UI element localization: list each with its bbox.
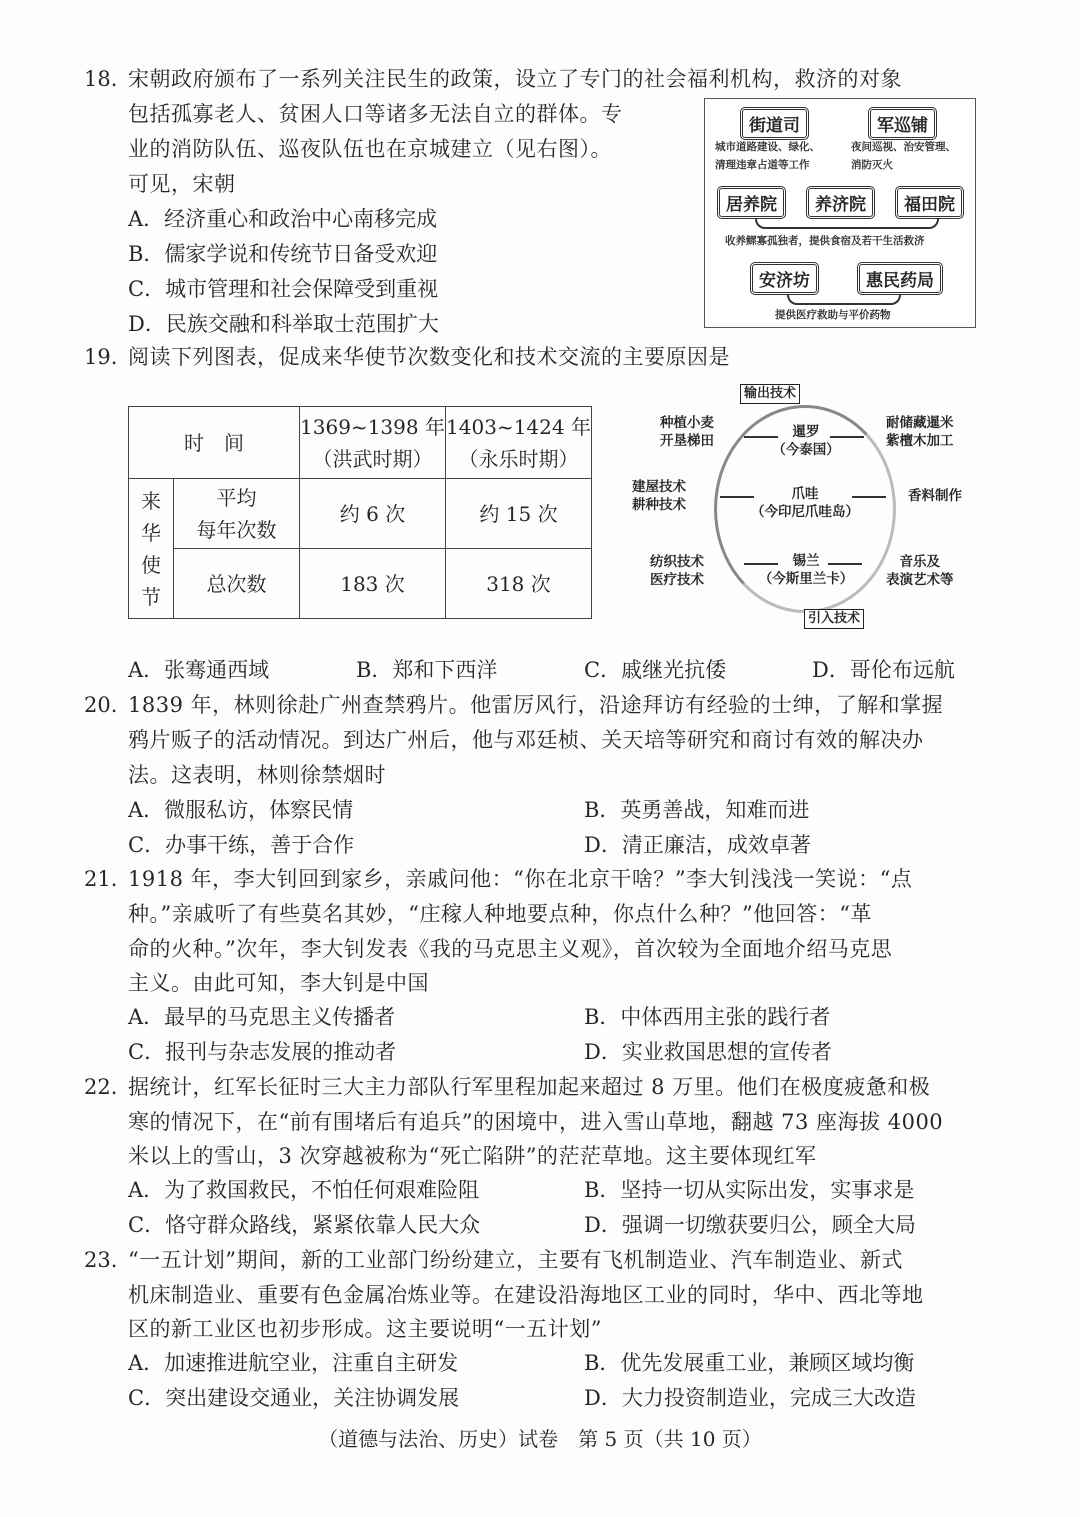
question-number: 21.	[84, 862, 117, 896]
export-label: 纺织技术 医疗技术	[650, 553, 704, 589]
option-d[interactable]: D．大力投资制造业，完成三大改造	[584, 1381, 916, 1415]
option-c[interactable]: C．戚继光抗倭	[584, 653, 726, 687]
song-welfare-institutions-figure: 街道司 军巡铺 城市道路建设、绿化、 清理违章占道等工作 夜间巡视、治安管理、 …	[704, 98, 976, 328]
import-label: 香料制作	[908, 487, 962, 505]
question-number: 20.	[84, 688, 117, 722]
option-c[interactable]: C．报刊与杂志发展的推动者	[128, 1035, 396, 1069]
option-b[interactable]: B．英勇善战，知难而进	[584, 793, 809, 827]
caption: 消防灭火	[851, 157, 893, 173]
char: 使	[129, 549, 173, 581]
option-c[interactable]: C．突出建设交通业，关注协调发展	[128, 1381, 459, 1415]
option-b[interactable]: B．坚持一切从实际出发，实事求是	[584, 1173, 914, 1207]
import-label: 音乐及 表演艺术等	[886, 553, 954, 589]
country-modern: （今斯里兰卡）	[758, 570, 854, 588]
option-c[interactable]: C．恪守群众路线，紧紧依靠人民大众	[128, 1208, 480, 1242]
brace	[787, 295, 901, 305]
option-a[interactable]: A．张骞通西域	[128, 653, 269, 687]
option-d[interactable]: D．哥伦布远航	[812, 653, 955, 687]
row-label-total: 总次数	[174, 549, 300, 619]
country-name: 暹罗	[760, 423, 852, 441]
question-number: 18.	[84, 62, 117, 96]
label-line: 紫檀木加工	[886, 432, 954, 450]
label-line: 开垦梯田	[660, 432, 714, 450]
question-number: 22.	[84, 1070, 117, 1104]
table-header-time: 时 间	[129, 407, 300, 479]
plaque-jiedaosi: 街道司	[740, 107, 809, 140]
question-stem-line: 宋朝政府颁布了一系列关注民生的政策，设立了专门的社会福利机构，救济的对象	[128, 62, 902, 96]
option-b[interactable]: B．儒家学说和传统节日备受欢迎	[128, 237, 437, 271]
label-line: 每年次数	[174, 514, 299, 546]
char: 节	[129, 581, 173, 613]
country-modern: （今印尼爪哇岛）	[745, 503, 865, 521]
question-stem-line: 1839 年，林则徐赴广州查禁鸦片。他雷厉风行，沿途拜访有经验的士绅，了解和掌握	[128, 688, 943, 722]
plaque-futianyuan: 福田院	[895, 186, 964, 219]
brace	[755, 219, 939, 229]
label-line: 纺织技术	[650, 553, 704, 571]
option-a[interactable]: A．经济重心和政治中心南移完成	[128, 202, 437, 236]
label-line: 耐储藏暹米	[886, 414, 954, 432]
question-stem-line: 鸦片贩子的活动情况。到达广州后，他与邓廷桢、关天培等研究和商讨有效的解决办	[128, 723, 924, 757]
question-stem-line: 米以上的雪山，3 次穿越被称为“死亡陷阱”的茫茫草地。这主要体现红军	[128, 1139, 817, 1173]
caption: 提供医疗救助与平价药物	[775, 307, 891, 323]
question-stem-line: 寒的情况下，在“前有围堵后有追兵”的困境中，进入雪山草地，翻越 73 座海拔 4…	[128, 1105, 943, 1139]
connector	[828, 563, 862, 565]
period-years: 1369~1398 年	[300, 411, 445, 443]
question-stem-line: 业的消防队伍、巡夜队伍也在京城建立（见右图）。	[128, 132, 612, 166]
option-b[interactable]: B．优先发展重工业，兼顾区域均衡	[584, 1346, 914, 1380]
page-footer: （道德与法治、历史）试卷 第 5 页（共 10 页）	[0, 1424, 1080, 1454]
row-group-label: 来 华 使 节	[129, 479, 174, 619]
country-ceylon: 锡兰 （今斯里兰卡）	[758, 552, 854, 588]
country-name: 锡兰	[758, 552, 854, 570]
question-number: 23.	[84, 1243, 117, 1277]
question-stem-line: 可见，宋朝	[128, 167, 236, 201]
label-line: 耕种技术	[632, 496, 686, 514]
export-label: 建屋技术 耕种技术	[632, 478, 686, 514]
label-line: 音乐及	[886, 553, 954, 571]
question-stem-line: 命的火种。”次年，李大钊发表《我的马克思主义观》，首次较为全面地介绍马克思	[128, 932, 892, 966]
option-a[interactable]: A．为了救国救民，不怕任何艰难险阻	[128, 1173, 479, 1207]
period-years: 1403~1424 年	[446, 411, 591, 443]
option-d[interactable]: D．强调一切缴获要归公，顾全大局	[584, 1208, 916, 1242]
question-stem-line: 种。”亲戚听了有些莫名其妙，“庄稼人种地要点种，你点什么种？”他回答：“革	[128, 897, 872, 931]
country-name: 爪哇	[745, 485, 865, 503]
question-stem-line: 包括孤寡老人、贫困人口等诸多无法自立的群体。专	[128, 97, 623, 131]
table-cell: 183 次	[300, 549, 446, 619]
question-stem-line: 区的新工业区也初步形成。这主要说明“一五计划”	[128, 1312, 602, 1346]
label-line: 医疗技术	[650, 571, 704, 589]
question-stem-line: 据统计，红军长征时三大主力部队行军里程加起来超过 8 万里。他们在极度疲惫和极	[128, 1070, 930, 1104]
char: 华	[129, 517, 173, 549]
plaque-yangjiyuan: 养济院	[806, 186, 875, 219]
question-stem-line: “一五计划”期间，新的工业部门纷纷建立，主要有飞机制造业、汽车制造业、新式	[128, 1243, 903, 1277]
import-tech-tag: 引入技术	[804, 609, 864, 629]
char: 来	[129, 485, 173, 517]
plaque-anjifang: 安济坊	[750, 262, 819, 295]
option-d[interactable]: D．民族交融和科举取士范围扩大	[128, 307, 439, 341]
export-tech-tag: 输出技术	[740, 384, 800, 404]
caption: 城市道路建设、绿化、	[715, 139, 820, 155]
country-siam: 暹罗 （今泰国）	[760, 423, 852, 459]
option-a[interactable]: A．最早的马克思主义传播者	[128, 1000, 395, 1034]
label-line: 种植小麦	[660, 414, 714, 432]
table-cell: 约 6 次	[300, 479, 446, 549]
table-header-col1: 1369~1398 年 （洪武时期）	[300, 407, 446, 479]
period-name: （洪武时期）	[300, 443, 445, 475]
plaque-junxunpu: 军巡铺	[868, 107, 937, 140]
question-stem-line: 法。这表明，林则徐禁烟时	[128, 758, 386, 792]
question-stem-line: 1918 年，李大钊回到家乡，亲戚问他：“你在北京干啥？”李大钊浅浅一笑说：“点	[128, 862, 912, 896]
envoy-table: 时 间 1369~1398 年 （洪武时期） 1403~1424 年 （永乐时期…	[128, 406, 592, 619]
table-header-col2: 1403~1424 年 （永乐时期）	[446, 407, 592, 479]
plaque-juyangyuan: 居养院	[717, 186, 786, 219]
period-name: （永乐时期）	[446, 443, 591, 475]
option-c[interactable]: C．城市管理和社会保障受到重视	[128, 272, 438, 306]
option-b[interactable]: B．中体西用主张的践行者	[584, 1000, 830, 1034]
export-label: 种植小麦 开垦梯田	[660, 414, 714, 450]
option-c[interactable]: C．办事干练，善于合作	[128, 828, 354, 862]
caption: 清理违章占道等工作	[715, 157, 810, 173]
label-line: 建屋技术	[632, 478, 686, 496]
option-a[interactable]: A．加速推进航空业，注重自主研发	[128, 1346, 458, 1380]
option-d[interactable]: D．清正廉洁，成效卓著	[584, 828, 811, 862]
question-stem-line: 主义。由此可知，李大钊是中国	[128, 966, 429, 1000]
connector	[830, 436, 864, 438]
option-a[interactable]: A．微服私访，体察民情	[128, 793, 353, 827]
country-java: 爪哇 （今印尼爪哇岛）	[745, 485, 865, 521]
table-cell: 约 15 次	[446, 479, 592, 549]
table-cell: 318 次	[446, 549, 592, 619]
import-label: 耐储藏暹米 紫檀木加工	[886, 414, 954, 450]
question-number: 19.	[84, 340, 117, 374]
country-modern: （今泰国）	[760, 441, 852, 459]
option-d[interactable]: D．实业救国思想的宣传者	[584, 1035, 832, 1069]
option-b[interactable]: B．郑和下西洋	[356, 653, 497, 687]
caption: 夜间巡视、治安管理、	[851, 139, 956, 155]
question-stem-line: 阅读下列图表，促成来华使节次数变化和技术交流的主要原因是	[128, 340, 730, 374]
plaque-huiminyaoju: 惠民药局	[857, 262, 943, 295]
label-line: 平均	[174, 482, 299, 514]
caption: 收养鳏寡孤独者，提供食宿及若干生活救济	[725, 233, 925, 249]
label-line: 表演艺术等	[886, 571, 954, 589]
question-stem-line: 机床制造业、重要有色金属冶炼业等。在建设沿海地区工业的同时，华中、西北等地	[128, 1278, 924, 1312]
row-label-avg: 平均 每年次数	[174, 479, 300, 549]
connector	[852, 496, 886, 498]
